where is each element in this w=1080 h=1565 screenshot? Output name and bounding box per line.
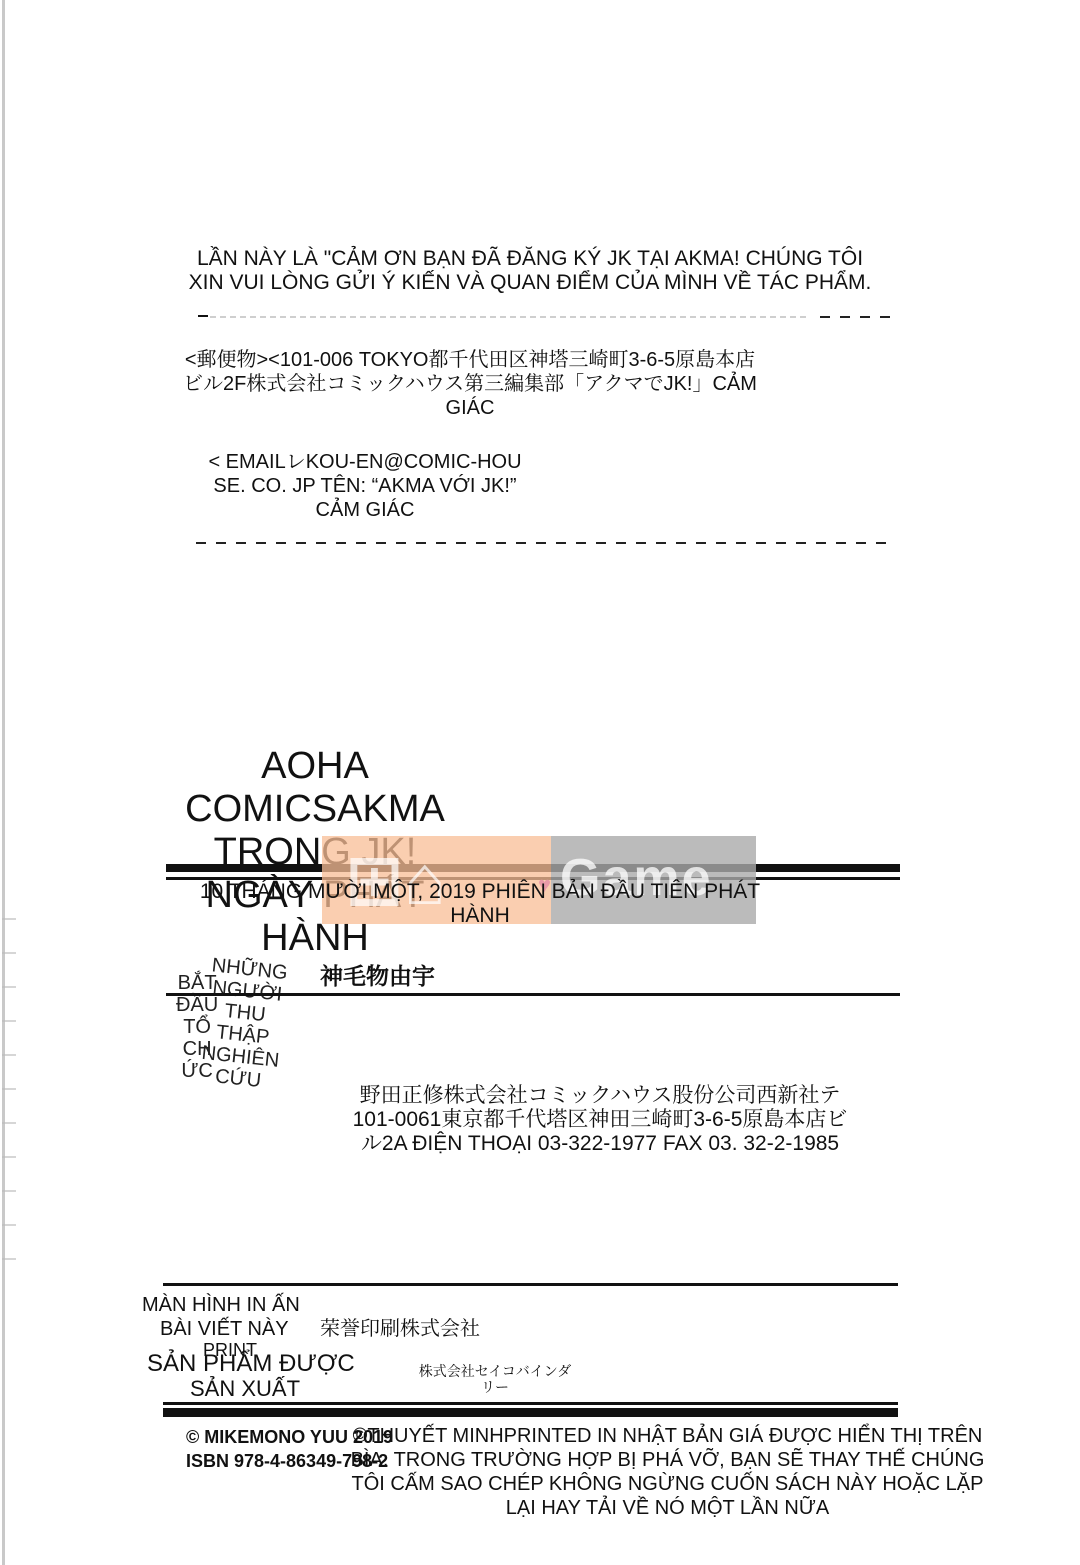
notice-line-2: BÌA. TRONG TRƯỜNG HỢP BỊ PHÁ VỠ, BẠN SẼ … [300, 1448, 1035, 1472]
notice-line-1: ©THUYẾT MINHPRINTED IN NHẬT BẢN GIÁ ĐƯỢC… [300, 1424, 1035, 1448]
publisher-block: 野田正修株式会社コミックハウス股份公司西新社テ 101-0061東京都千代塔区神… [315, 1084, 885, 1156]
binder-line-2: リー [405, 1379, 585, 1395]
intro-paragraph: LẦN NÀY LÀ "CẢM ƠN BẠN ĐÃ ĐĂNG KÝ JK TẠI… [150, 247, 910, 295]
email-block: < EMAILレKOU-EN@COMIC-HOU SE. CO. JP TÊN:… [160, 450, 570, 522]
printer-name: 荣誉印刷株式会社 [320, 1317, 480, 1341]
release-line-2: HÀNH [160, 904, 800, 928]
collectors-label: NHỮNG NGƯỜI THU THẬP NGHIÊN CỨU [198, 954, 289, 1093]
printing-label-2: BÀI VIẾT NÀY [160, 1317, 289, 1341]
legal-notice: ©THUYẾT MINHPRINTED IN NHẬT BẢN GIÁ ĐƯỢC… [300, 1424, 1035, 1520]
publisher-line-2: 101-0061東京都千代塔区神田三崎町3-6-5原島本店ビ [315, 1108, 885, 1132]
printing-label-3: SẢN PHẨM ĐƯỢC [147, 1350, 355, 1378]
binder-name: 株式会社セイコバインダ リー [405, 1363, 585, 1395]
scan-specks [2, 900, 16, 1260]
postal-line-1: <郵便物><101-006 TOKYO都千代田区神塔三崎町3-6-5原島本店 [110, 348, 830, 372]
email-line-2: SE. CO. JP TÊN: “AKMA VỚI JK!” [160, 474, 570, 498]
email-line-1: < EMAILレKOU-EN@COMIC-HOU [160, 450, 570, 474]
publisher-line-1: 野田正修株式会社コミックハウス股份公司西新社テ [315, 1084, 885, 1108]
title-line-1: AOHA [160, 745, 470, 788]
intro-line-2: XIN VUI LÒNG GỬI Ý KIẾN VÀ QUAN ĐIỂM CỦA… [150, 271, 910, 295]
divider-end [820, 316, 890, 318]
postal-line-2: ビル2F株式会社コミックハウス第三編集部「アクマでJK!」CẢM [110, 372, 830, 396]
release-line-1: 10 THÁNG MƯỜI MỘT, 2019 PHIÊN BẢN ĐẦU TI… [160, 880, 800, 904]
postal-line-3: GIÁC [110, 396, 830, 420]
printing-label-1: MÀN HÌNH IN ẤN [142, 1293, 300, 1317]
release-date: 10 THÁNG MƯỜI MỘT, 2019 PHIÊN BẢN ĐẦU TI… [160, 880, 800, 928]
author-rule [166, 993, 900, 996]
publisher-line-3: ル2A ĐIỆN THOẠI 03-322-1977 FAX 03. 32-2-… [315, 1132, 885, 1156]
intro-line-1: LẦN NÀY LÀ "CẢM ƠN BẠN ĐÃ ĐĂNG KÝ JK TẠI… [150, 247, 910, 271]
email-divider [196, 542, 890, 544]
page-edge [2, 0, 5, 1565]
author-name: 神毛物由宇 [320, 958, 435, 991]
email-line-3: CẢM GIÁC [160, 498, 570, 522]
printing-rule-thick [163, 1408, 898, 1417]
binder-line-1: 株式会社セイコバインダ [405, 1363, 585, 1379]
faint-divider [210, 316, 810, 318]
printing-rule-mid [163, 1402, 898, 1405]
dash-start [198, 315, 208, 317]
postal-address: <郵便物><101-006 TOKYO都千代田区神塔三崎町3-6-5原島本店 ビ… [110, 348, 830, 420]
title-line-2: COMICSAKMA [160, 788, 470, 831]
printing-label-4: SẢN XUẤT [190, 1376, 300, 1402]
notice-line-3: TÔI CẤM SAO CHÉP KHÔNG NGỪNG CUỐN SÁCH N… [300, 1472, 1035, 1496]
notice-line-4: LẠI HAY TẢI VỀ NÓ MỘT LẦN NỮA [300, 1496, 1035, 1520]
printing-rule-top [163, 1283, 898, 1286]
